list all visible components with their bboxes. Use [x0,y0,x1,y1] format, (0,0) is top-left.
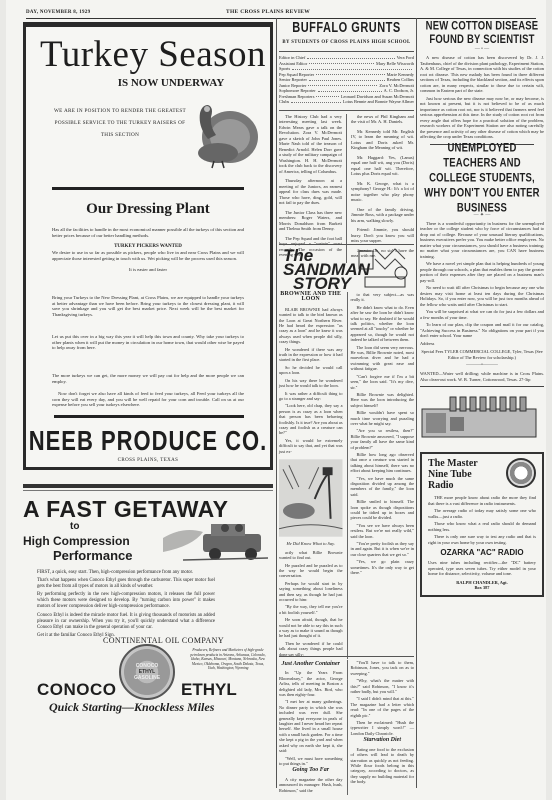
story-paragraph: He soon afraid, though, that he would no… [279,617,343,639]
story-paragraph: Billie smiled to himself. The loon spoke… [351,499,415,521]
story-paragraph: actly what Billie Brownie wanted to find… [279,550,343,561]
story-paragraph: "You see we have always been restless. B… [351,523,415,539]
brand-ethyl: ETHYL [181,680,237,700]
news-paragraph: Mr. Kennedy told Mr. English IV, to lear… [351,129,414,151]
cotton-article: A new disease of cotton has been discove… [420,55,544,140]
news-paragraph: Friend: Jimmie, you should hurry. Don't … [351,227,414,244]
news-column-right: the news of Phil Kingham and the visit o… [351,114,414,263]
cotton-headline: NEW COTTON DISEASE FOUND BY SCIENTIST [420,19,544,47]
conoco-badge-icon: CONOCO ETHYL GASOLINE [119,644,175,700]
article-paragraph: No need to wait till after Christmas to … [420,285,544,307]
ad-paragraph: Has all the facilities to handle in the … [52,227,244,238]
article-paragraph: You will be surprised at what we can do … [420,309,544,320]
staff-list: Editor in ChiefVera Ford Assistant Edito… [279,51,414,105]
story-paragraph: "Yes, we go plain crazy sometimes. It's … [351,559,415,575]
article-paragraph: To learn of our plan, clip the coupon an… [420,322,544,339]
item-paragraph: Eating one food to the exclusion of othe… [351,747,415,785]
ad-paragraph: It is easier and faster [52,267,244,273]
ad-paragraph: There is only one sure way to test any r… [428,534,536,545]
story-paragraph: "Yes, we have much the same disposition … [351,476,415,498]
item-paragraph: "Well, we must have something to put thi… [279,756,343,767]
ad-headline: Turkey Season [38,33,268,76]
right-column: NEW COTTON DISEASE FOUND BY SCIENTIST — … [420,18,544,597]
newspaper-page: DAY, NOVEMBER 8, 1929 THE CROSS PLAINS R… [6,0,546,800]
company-name: CONTINENTAL OIL COMPANY [103,636,268,645]
ad-paragraph: Now don't forget we also have all kinds … [52,391,244,408]
ad-paragraph: The more turkeys we can get, the more mo… [52,373,244,384]
ad-headline-performance: Performance [53,548,132,563]
news-paragraph: The History Club had a very interesting … [279,114,342,175]
school-news: The History Club had a very interesting … [279,110,414,263]
pickers-heading: TURKEY PICKERS WANTED [52,244,244,249]
business-headline: UNEMPLOYED TEACHERS AND COLLEGE STUDENTS… [420,141,544,216]
ozarka-radio-ad: The Master Nine Tube Radio THE more peop… [420,452,544,597]
staff-name: Lotus Bennie and Bonnie Wayne Allmer [343,99,414,105]
ad-paragraph: The average radio of today may satisfy s… [428,508,536,519]
short-column-right: "You'll have to talk to them, Robinson, … [347,660,415,795]
divider [54,415,244,418]
item-title: Just Another Container [279,662,343,667]
story-paragraph: Then he wondered if he could talk about … [279,641,343,657]
story-column-left: BROWNIE AND THE LOON BLAIR BROWNIE had a… [279,292,343,659]
ad-slogan: Quick Starting—Knockless Miles [49,700,214,715]
staff-role: Clubs [279,99,289,105]
story-paragraph: "You're pretty foolish as they say in an… [351,541,415,557]
story-paragraph: Billie how long ago observed that once a… [351,452,415,474]
coupon-address-line: Address [420,341,544,347]
story-paragraph: On his way there he wondered just how he… [279,378,343,389]
ad-paragraph: We desire to use in so far as possible a… [52,250,244,261]
ad-paragraph: That's what happens when Conoco Ethyl go… [37,578,215,590]
item-paragraph: "You'll have to talk to them, Robinson, … [351,660,415,676]
ad-paragraph: FIRST, a quick, easy start. Then, high-c… [37,570,215,576]
column-rule [276,18,277,788]
story-paragraph: "By the way, they tell me you're a bit f… [279,604,343,615]
news-paragraph: One of the family driving, Jimmie Ross, … [351,207,414,224]
article-paragraph: We have a novel yet simple plan that is … [420,261,544,283]
ozarka-heading: OZARKA "AC" RADIO [428,548,536,557]
story-title: BROWNIE AND THE LOON [279,292,343,303]
item-title: Starvation Diet [351,738,415,743]
company-description: Producers, Refiners and Marketers of hig… [190,648,266,671]
ad-paragraph: Those who know what a real radio should … [428,521,536,532]
loon-illustration-icon [279,459,343,537]
radio-chassis-illustration-icon [420,395,538,439]
item-paragraph: "I said I didn't mind that at this." The… [351,696,415,718]
news-paragraph: the news of Phil Kingham and the visit o… [351,114,414,125]
story-paragraph: He didn't know what to do. Even after he… [351,305,415,343]
badge-bottom: GASOLINE [134,675,160,681]
story-paragraph: Billie Brownie was delighted. Here was t… [351,392,415,408]
story-paragraph: It was rather a difficult thing to go to… [279,391,343,402]
item-title: Going Too Far [279,768,343,773]
business-article: There is a wonderful opportunity in busi… [420,221,544,347]
story-paragraph: The loon did seem very nervous. He was, … [351,345,415,372]
sandman-illustration-icon [355,247,413,289]
classified-wanted: WANTED—Water well drilling; while machin… [420,371,544,382]
ad-headline-high-compression: High Compression [23,534,130,548]
ad-body: FIRST, a quick, easy start. Then, high-c… [37,570,215,641]
buffalo-grunts-section: BUFFALO GRUNTS BY STUDENTS OF CROSS PLAI… [279,18,414,263]
item-paragraph: In "Up the Years From Bloomsbury," the a… [279,670,343,697]
news-paragraph: The Junior Class has three new members: … [279,210,342,232]
short-items: Just Another Container In "Up the Years … [279,656,414,795]
story-paragraph: "Look here, old chap, they say a person … [279,403,343,435]
news-column-left: The History Club had a very interesting … [279,114,342,263]
ad-paragraph: By performing perfectly in the new high-… [37,592,215,610]
radio-ad-title: The Master Nine Tube Radio [428,458,488,491]
ozarka-description: Uses nine tubes including rectifier—the … [428,560,536,577]
ozarka-seal-icon [506,458,536,488]
story-paragraph: So he decided he would call upon a loon. [279,365,343,376]
item-paragraph: "I met her at many gatherings. No dinner… [279,699,343,753]
company-name: NEEB PRODUCE CO. [26,425,270,458]
brownie-loon-story: BROWNIE AND THE LOON BLAIR BROWNIE had a… [279,292,414,659]
column-rule [416,18,417,788]
article-paragraph: A new disease of cotton has been discove… [420,55,544,94]
car-illustration-icon [163,518,268,562]
masthead: DAY, NOVEMBER 8, 1929 THE CROSS PLAINS R… [26,6,536,18]
item-paragraph: A city magazine the other day announced … [279,777,343,793]
section-subtitle: BY STUDENTS OF CROSS PLAINS HIGH SCHOOL [279,40,414,45]
ad-paragraph: THE more people know about radio the mor… [428,495,536,506]
story-paragraph: "Can't forgive me if I'm a bit seen," th… [351,374,415,390]
ad-pitch: WE ARE IN POSITION TO RENDER THE GREATES… [50,105,190,141]
sandman-story-banner: The SANDMAN STORY [279,244,414,288]
coupon-text: Special Fees TYLER COMMERCIAL COLLEGE, T… [420,349,544,360]
story-paragraph: BLAIR BROWNIE had always wanted to talk … [279,307,343,345]
ad-paragraph: Bring your Turkeys to the New Dressing P… [52,295,244,317]
company-location: CROSS PLAINS, TEXAS [26,458,270,463]
story-paragraph: He puzzled and he puzzled as to the way … [279,563,343,579]
ad-headline-to: to [70,521,79,532]
divider [52,187,244,190]
news-paragraph: Mr. Haggard: Yes, (Lanus) equal one half… [351,155,414,177]
story-paragraph: He wondered if there was any truth in th… [279,347,343,363]
dressing-plant-heading: Our Dressing Plant [52,201,244,218]
agent-box: Box 387 [428,585,536,591]
radio-ad-body: THE more people know about radio the mor… [428,495,536,545]
staff-row: ClubsLotus Bennie and Bonnie Wayne Allme… [279,99,414,105]
story-paragraph: "Are you so restless, then?" Billie Brow… [351,428,415,450]
news-paragraph: Thursday afternoon at a meeting of the J… [279,178,342,206]
issue-date: DAY, NOVEMBER 8, 1929 [26,10,96,15]
neeb-produce-ad: Turkey Season IS NOW UNDERWAY WE ARE IN … [23,22,273,470]
ad-paragraph: Let us put this over in a big way this y… [52,334,244,351]
article-paragraph: Just how serious the new disease may now… [420,96,544,140]
ad-paragraph: Conoco Ethyl is indeed the miracle motor… [37,613,215,631]
item-paragraph: "Why, what's the matter with this?" said… [351,678,415,694]
divider [23,490,273,491]
illustration-caption: He Did Know What to Say. [279,541,343,546]
turkey-illustration-icon [178,97,263,169]
brand-conoco: CONOCO [37,680,117,700]
story-paragraph: to that very subject—as was really it. [351,292,415,303]
conoco-ethyl-ad: A FAST GETAWAY to High Compression Perfo… [23,484,273,784]
ad-subheadline: IS NOW UNDERWAY [86,77,256,89]
paper-name: THE CROSS PLAINS REVIEW [226,9,310,15]
ornament-divider: — • — [420,47,544,52]
short-column-left: Just Another Container In "Up the Years … [279,660,343,795]
news-paragraph: Mr. K. George, what is a symphony? Georg… [351,181,414,203]
story-paragraph: Yes, it would be extremely difficult to … [279,438,343,454]
item-paragraph: Then he exclaimed: "Hush the typewriter … [351,720,415,736]
article-paragraph: There is a wonderful opportunity in busi… [420,221,544,260]
section-title: BUFFALO GRUNTS [279,20,414,36]
story-paragraph: Billie wouldn't have spent so much time … [351,410,415,426]
ornament-divider: ———•——— [420,363,544,368]
divider [23,484,273,488]
story-paragraph: Perhaps he would start in by saying some… [279,581,343,603]
story-column-right: to that very subject—as was really it. H… [347,292,415,659]
